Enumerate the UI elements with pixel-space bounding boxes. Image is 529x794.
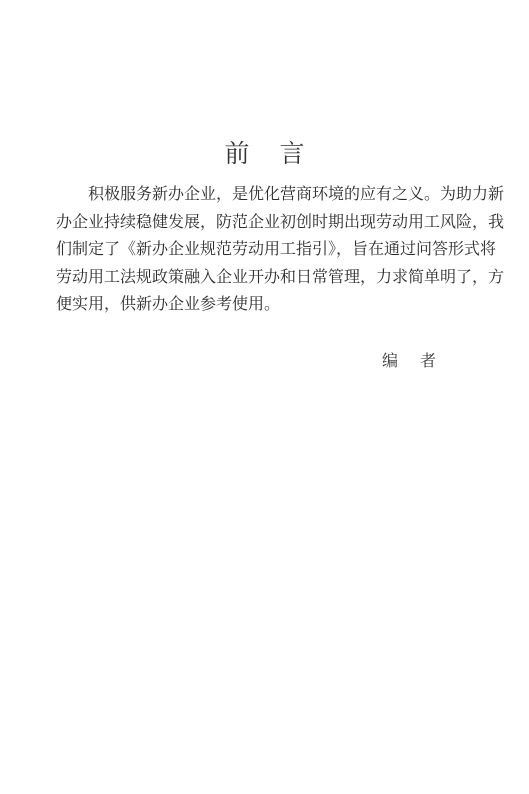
signature-char-2: 者 [420, 348, 436, 371]
paragraph-line: 便实用，供新办企业参考使用。 [56, 290, 476, 318]
signature: 编者 [382, 348, 436, 371]
preface-paragraph: 积极服务新办企业，是优化营商环境的应有之义。为助力新 办企业持续稳健发展，防范企… [56, 180, 476, 318]
paragraph-line: 劳动用工法规政策融入企业开办和日常管理，力求简单明了，方 [56, 263, 476, 291]
title-char-2: 言 [280, 134, 305, 170]
title-char-1: 前 [224, 134, 249, 170]
paragraph-line: 积极服务新办企业，是优化营商环境的应有之义。为助力新 [56, 180, 476, 208]
page-title: 前言 [0, 134, 529, 170]
paragraph-line: 办企业持续稳健发展，防范企业初创时期出现劳动用工风险，我 [56, 208, 476, 236]
signature-char-1: 编 [382, 348, 398, 371]
paragraph-line: 们制定了《新办企业规范劳动用工指引》，旨在通过问答形式将 [56, 235, 476, 263]
